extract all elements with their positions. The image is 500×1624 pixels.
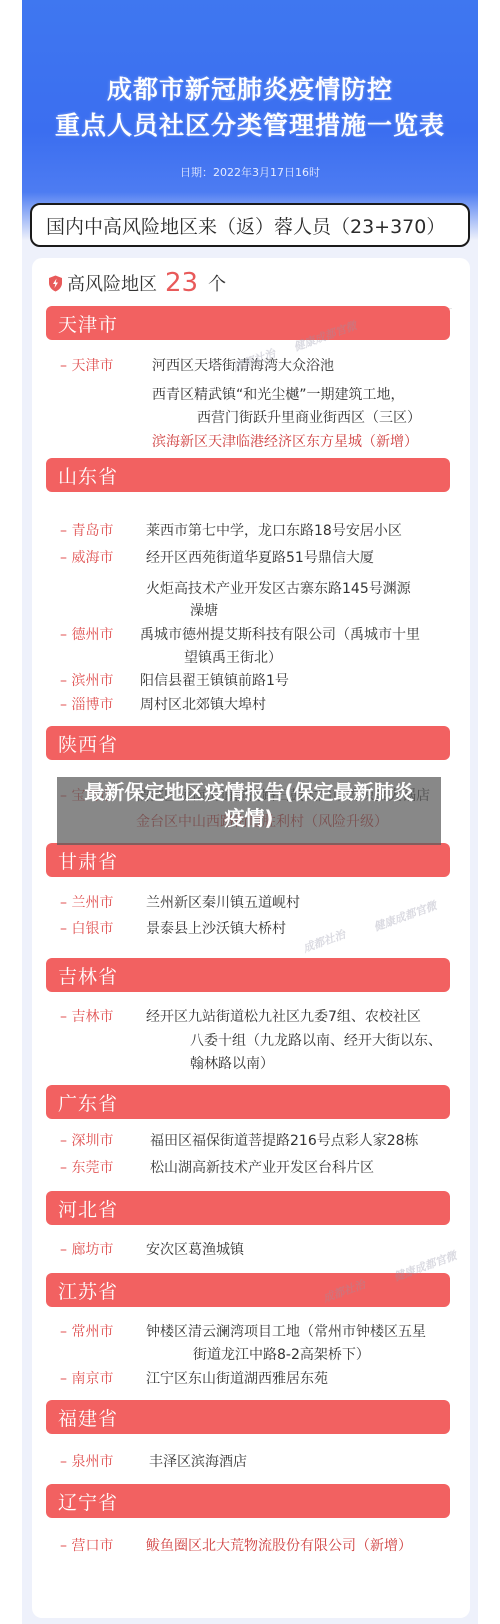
address: 经开区九站街道松九社区九委7组、农校社区 [146,1006,421,1026]
city-label: – 白银市 [60,918,113,938]
city-label: – 常州市 [60,1321,113,1341]
city-label: – 东莞市 [60,1157,113,1177]
poster-date: 日期：2022年3月17日16时 [22,164,478,180]
headline-text: 国内中高风险地区来（返）蓉人员（23+370） [46,212,445,239]
province-header-tianjin: 天津市 [46,306,450,340]
province-header-gansu: 甘肃省 [46,843,450,877]
province-header-liaoning: 辽宁省 [46,1484,450,1518]
address-continued: 翰林路以南） [190,1053,274,1073]
risk-unit: 个 [208,270,226,296]
address-continued: 西营门街跃升里商业街西区（三区） [197,407,421,427]
address: 福田区福保街道菩提路216号点彩人家28栋 [150,1130,419,1150]
risk-header: 高风险地区 23 个 [48,268,226,298]
address: 周村区北郊镇大埠村 [140,694,266,714]
city-label: – 滨州市 [60,670,113,690]
headline-box: 国内中高风险地区来（返）蓉人员（23+370） [30,203,470,247]
province-header-jiangsu: 江苏省 [46,1273,450,1307]
address: 阳信县翟王镇镇前路1号 [140,670,289,690]
watermark: 成都社治 [301,926,348,956]
address-continued: 澡塘 [190,600,218,620]
caption-overlay: 最新保定地区疫情报告(保定最新肺炎 疫情) [57,777,441,845]
province-header-jilin: 吉林省 [46,958,450,992]
city-label: – 兰州市 [60,892,113,912]
province-header-hebei: 河北省 [46,1191,450,1225]
watermark: 健康成都官微 [371,897,438,935]
address-continued: 望镇禹王街北） [184,647,282,667]
address: 松山湖高新技术产业开发区台科片区 [150,1157,374,1177]
address-continued: 八委十组（九龙路以南、经开大街以东、 [190,1030,442,1050]
address: 经开区西苑街道华夏路51号鼎信大厦 [146,547,374,567]
city-label: – 深圳市 [60,1130,113,1150]
province-header-guangdong: 广东省 [46,1085,450,1119]
address: 禹城市德州提艾斯科技有限公司（禹城市十里 [140,624,420,644]
city-label: – 威海市 [60,547,113,567]
province-header-shandong: 山东省 [46,458,450,492]
address: 西青区精武镇“和光尘樾”一期建筑工地， [152,384,405,404]
risk-label: 高风险地区 [67,270,157,296]
city-label: – 淄博市 [60,694,113,714]
city-label: – 营口市 [60,1535,113,1555]
city-label: – 廊坊市 [60,1239,113,1259]
city-label: – 德州市 [60,624,113,644]
caption-line1: 最新保定地区疫情报告(保定最新肺炎 [57,779,441,805]
shield-bolt-icon [48,275,63,292]
address: 莱西市第七中学，龙口东路18号安居小区 [146,520,402,540]
caption-text: 最新保定地区疫情报告(保定最新肺炎 疫情) [57,779,441,831]
address-new: 鲅鱼圈区北大荒物流股份有限公司（新增） [146,1535,412,1555]
address: 火炬高技术产业开发区古寨东路145号渊源 [146,578,411,598]
address-continued: 街道龙江中路8-2高架桥下） [193,1344,370,1364]
address: 丰泽区滨海酒店 [149,1451,247,1471]
address: 兰州新区秦川镇五道岘村 [146,892,300,912]
risk-area-card: 高风险地区 23 个 天津市 – 天津市 河西区天塔街清海湾大众浴池 西青区精武… [32,258,470,1618]
address: 江宁区东山街道湖西雅居东苑 [146,1368,328,1388]
city-label: – 吉林市 [60,1006,113,1026]
address: 景泰县上沙沃镇大桥村 [146,918,286,938]
city-label: – 天津市 [60,355,113,375]
city-label: – 南京市 [60,1368,113,1388]
address: 钟楼区清云澜湾项目工地（常州市钟楼区五星 [146,1321,426,1341]
caption-line2: 疫情) [57,805,441,831]
poster-title-line2: 重点人员社区分类管理措施一览表 [22,106,478,142]
city-label: – 青岛市 [60,520,113,540]
province-header-shaanxi: 陕西省 [46,726,450,760]
address: 安次区葛渔城镇 [146,1239,244,1259]
city-label: – 泉州市 [60,1451,113,1471]
risk-count: 23 [165,268,198,298]
province-header-fujian: 福建省 [46,1400,450,1434]
address-new: 滨海新区天津临港经济区东方星城（新增） [152,431,418,451]
poster-title-line1: 成都市新冠肺炎疫情防控 [22,70,478,106]
